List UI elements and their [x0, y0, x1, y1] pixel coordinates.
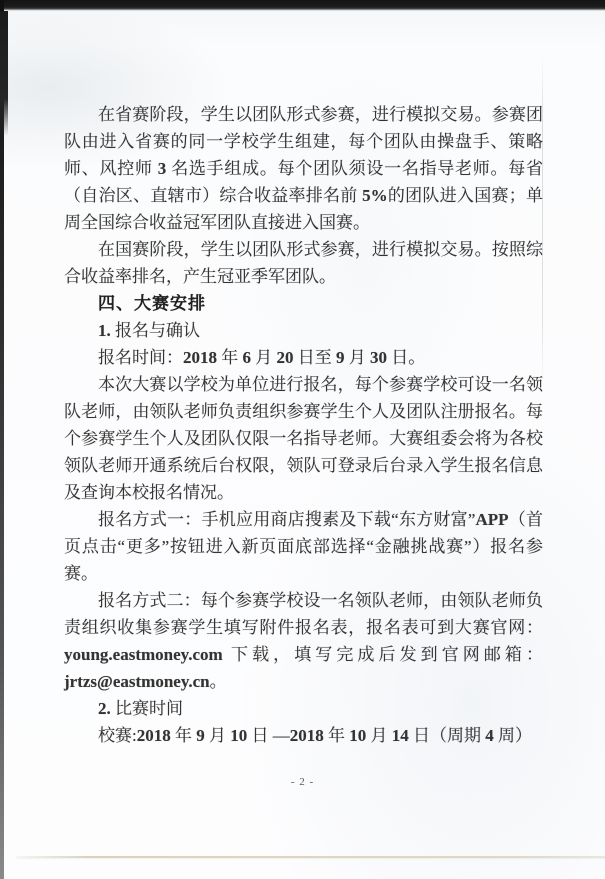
text-run-bold: 4: [485, 726, 494, 745]
paragraph: 校赛:2018 年 9 月 10 日 —2018 年 10 月 14 日（周期 …: [64, 722, 543, 749]
text-run-bold: 6: [243, 348, 252, 367]
text-run: 日（周期: [409, 726, 486, 745]
paragraph: 本次大赛以学校为单位进行报名，每个参赛学校可设一名领队老师，由领队老师负责组织参…: [64, 371, 543, 506]
text-run: 月: [251, 348, 277, 367]
text-run-bold: APP: [475, 510, 508, 529]
text-run: 月: [205, 726, 231, 745]
text-run-bold: 2.: [98, 699, 111, 718]
text-run: 年: [217, 348, 243, 367]
section-heading: 四、大赛安排: [64, 290, 543, 317]
text-run: 年: [324, 726, 350, 745]
text-run: 年: [171, 726, 197, 745]
text-run-bold: 5%: [362, 186, 388, 205]
text-run: 月: [366, 726, 392, 745]
text-run: 报名与确认: [111, 321, 200, 340]
text-run: 本次大赛以学校为单位进行报名，每个参赛学校可设一名领队老师，由领队老师负责组织参…: [64, 375, 543, 502]
text-run-bold: 10: [230, 726, 247, 745]
page-number: - 2 -: [0, 776, 605, 788]
text-run-bold: 2018: [183, 348, 217, 367]
text-run-bold: 14: [392, 726, 409, 745]
paragraph: 报名方式一：手机应用商店搜素及下载“东方财富”APP（首页点击“更多”按钮进入新…: [64, 506, 543, 587]
scan-bottom-edge-line: [16, 856, 605, 858]
text-run-bold: young.eastmoney.com: [64, 645, 223, 664]
paragraph: 报名方式二：每个参赛学校设一名领队老师，由领队老师负责组织收集参赛学生填写附件报…: [64, 587, 543, 695]
text-run: 校赛:: [98, 726, 137, 745]
text-run-bold: 10: [349, 726, 366, 745]
text-run-bold: 30: [370, 348, 387, 367]
scan-edge-top: [0, 0, 605, 11]
text-run: 报名方式一：手机应用商店搜素及下载“东方财富”: [98, 510, 475, 529]
text-run: 报名方式二：每个参赛学校设一名领队老师，由领队老师负责组织收集参赛学生填写附件报…: [64, 591, 543, 637]
text-run: 下载，填写完成后发到官网邮箱：: [223, 645, 543, 664]
text-run-bold: 9: [336, 348, 345, 367]
text-run: 日至: [294, 348, 337, 367]
text-run-bold: 20: [277, 348, 294, 367]
scan-edge-left-top: [0, 11, 8, 136]
paragraph: 1. 报名与确认: [64, 317, 543, 344]
text-run-bold: jrtzs@eastmoney.cn: [64, 672, 210, 691]
text-run-bold: 3: [158, 159, 167, 178]
text-run: 日 —: [247, 726, 290, 745]
text-run: 月: [345, 348, 371, 367]
text-run: 在国赛阶段，学生以团队形式参赛，进行模拟交易。按照综合收益率排名，产生冠亚季军团…: [64, 240, 543, 286]
document-body: 在省赛阶段，学生以团队形式参赛，进行模拟交易。参赛团队由进入省赛的同一学校学生组…: [64, 101, 543, 749]
text-run: 报名时间：: [98, 348, 183, 367]
text-run: 四、大赛安排: [98, 294, 206, 313]
scanned-page: 在省赛阶段，学生以团队形式参赛，进行模拟交易。参赛团队由进入省赛的同一学校学生组…: [0, 0, 605, 879]
text-run-bold: 1.: [98, 321, 111, 340]
paragraph: 2. 比赛时间: [64, 695, 543, 722]
text-run: 比赛时间: [111, 699, 183, 718]
text-run-bold: 2018: [290, 726, 324, 745]
text-run: 日。: [387, 348, 425, 367]
text-run-bold: 2018: [137, 726, 171, 745]
paragraph: 在省赛阶段，学生以团队形式参赛，进行模拟交易。参赛团队由进入省赛的同一学校学生组…: [64, 101, 543, 236]
text-run: 。: [210, 672, 227, 691]
text-run-bold: 9: [196, 726, 205, 745]
text-run: 周）: [494, 726, 532, 745]
paragraph: 在国赛阶段，学生以团队形式参赛，进行模拟交易。按照综合收益率排名，产生冠亚季军团…: [64, 236, 543, 290]
paragraph: 报名时间：2018 年 6 月 20 日至 9 月 30 日。: [64, 344, 543, 371]
